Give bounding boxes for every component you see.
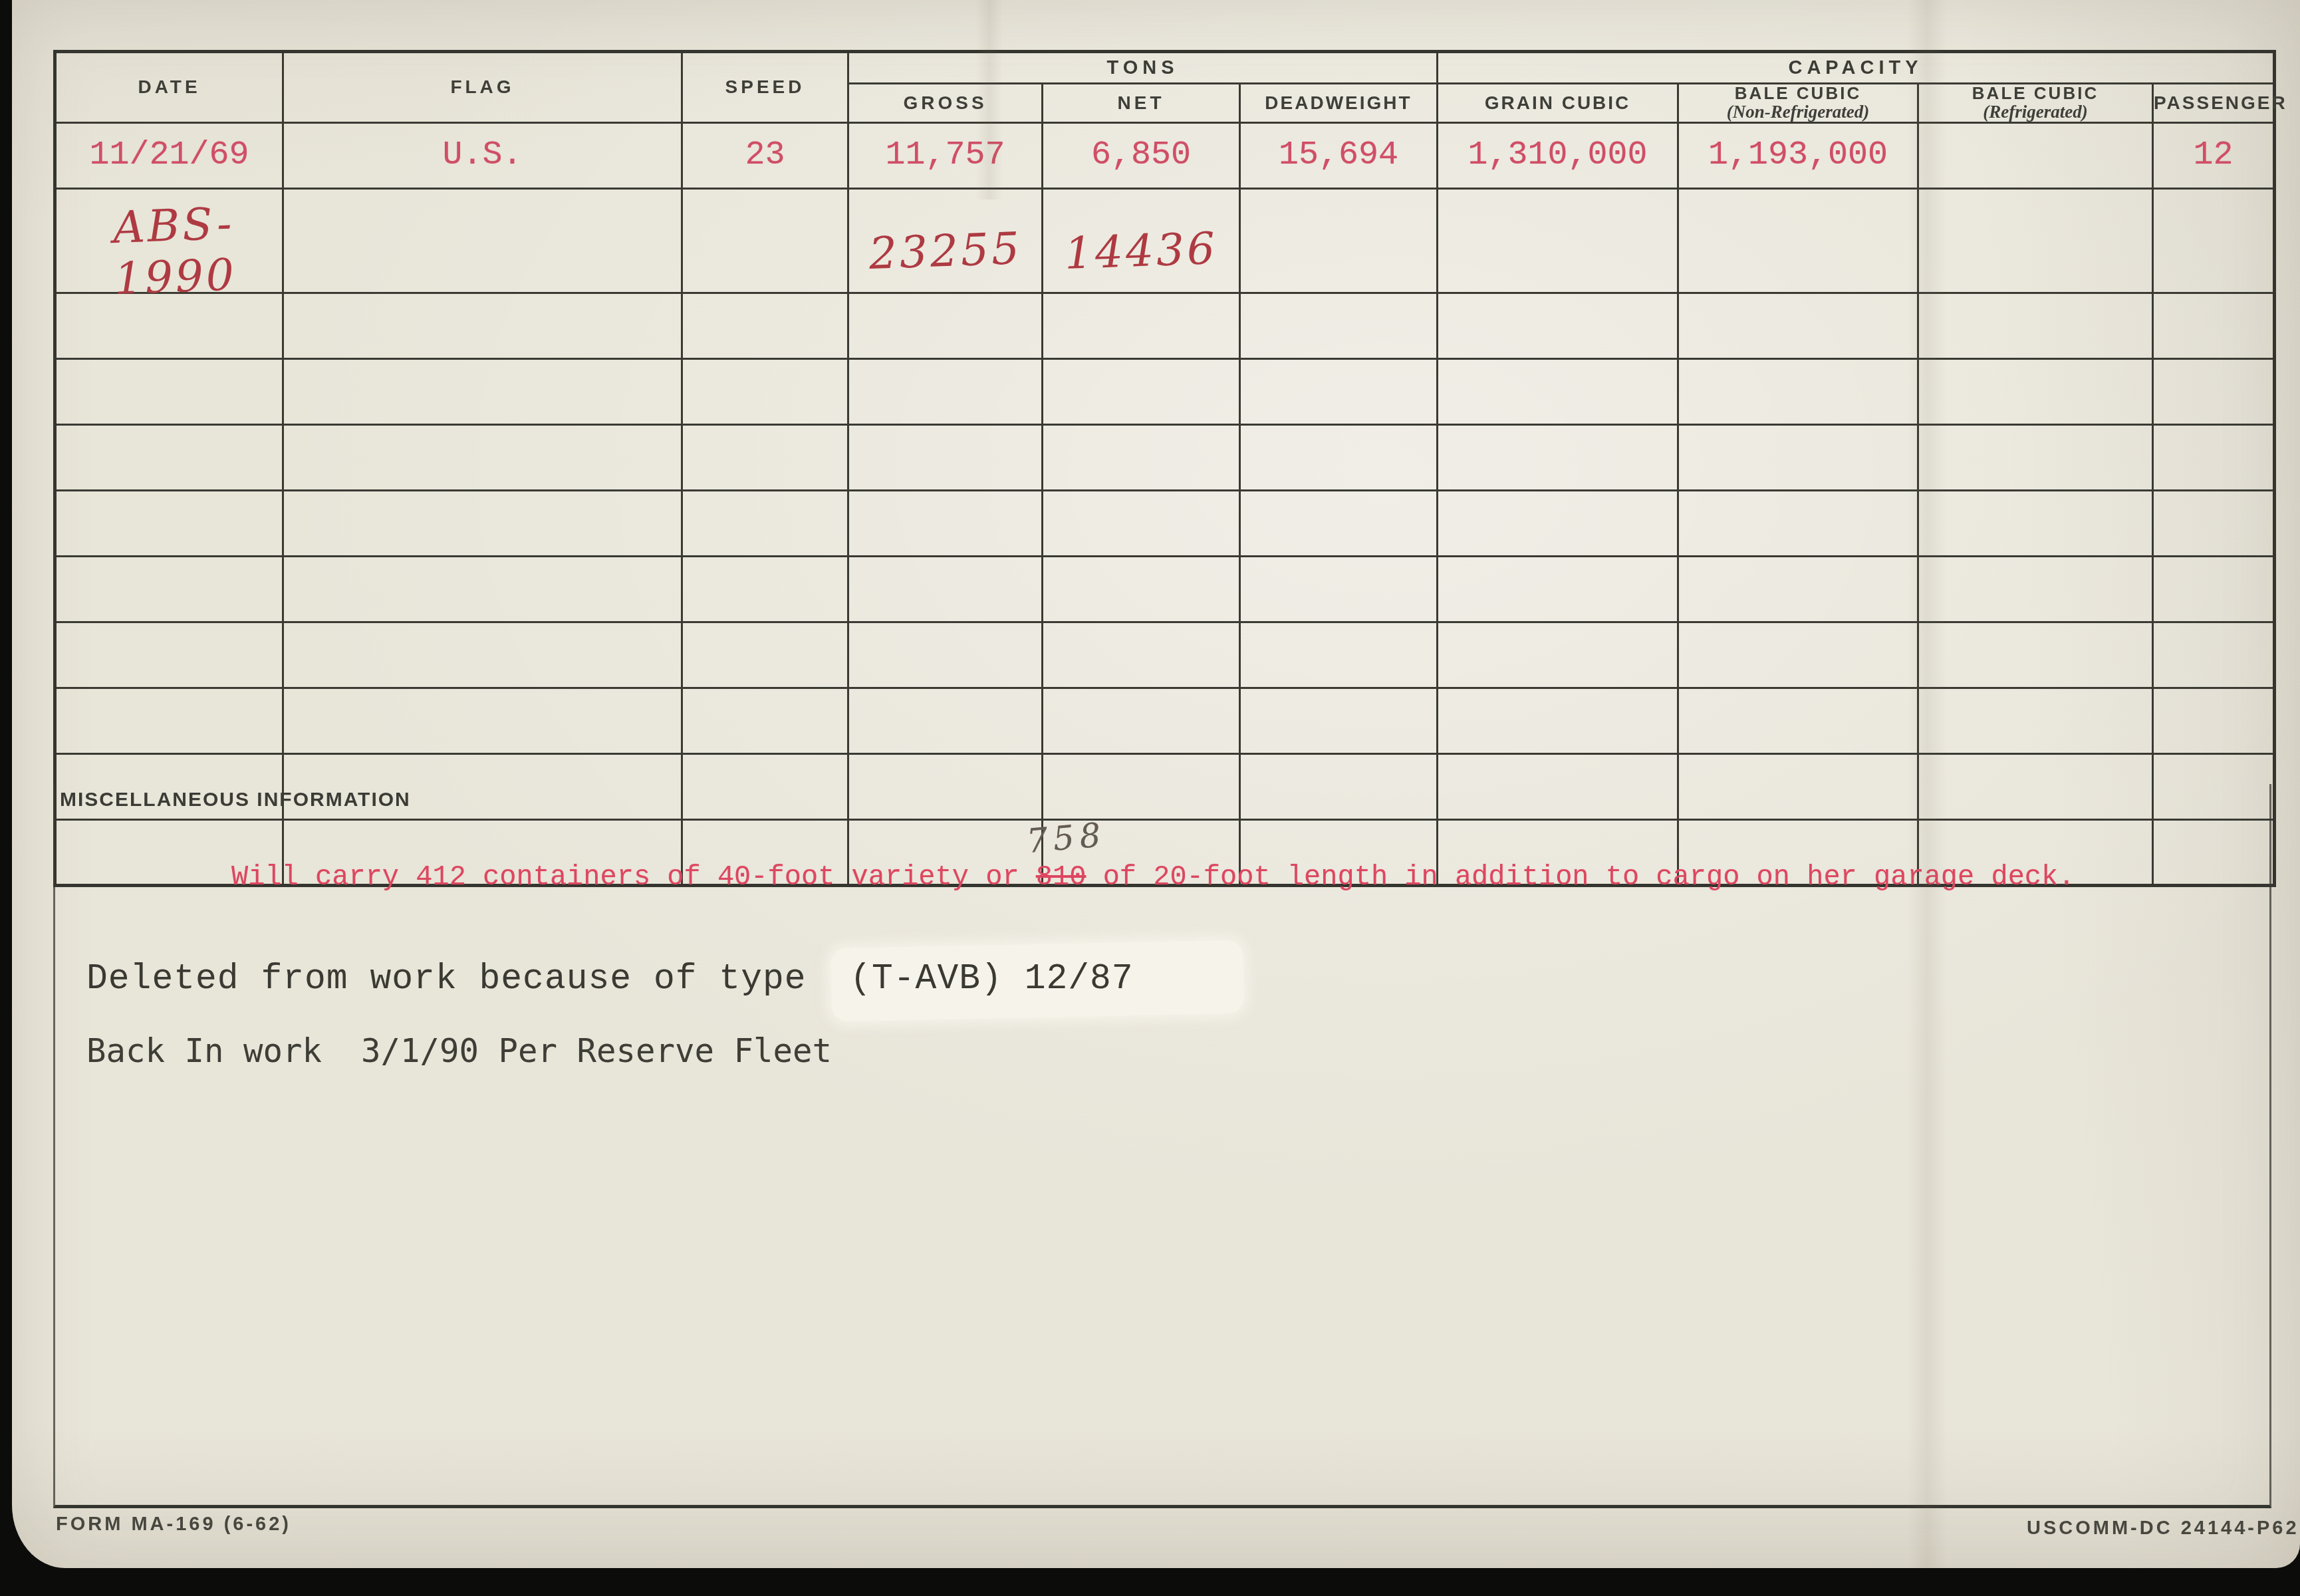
cell-empty — [682, 188, 848, 293]
cell-empty — [1678, 622, 1918, 688]
cell-date: 11/21/69 — [55, 122, 283, 188]
table-row-handwritten-entry: ABS-1990 23255 14436 — [55, 188, 2275, 293]
table-row-empty — [55, 622, 2275, 688]
cell-empty — [682, 688, 848, 753]
cell-empty — [2153, 358, 2275, 424]
cell-empty — [283, 188, 682, 293]
cell-empty — [55, 424, 283, 490]
cell-empty — [1678, 293, 1918, 358]
cell-empty — [283, 688, 682, 753]
cell-empty — [1043, 622, 1240, 688]
cell-empty — [283, 622, 682, 688]
cell-bale-cubic-ref — [1918, 122, 2153, 188]
deleted-note-text: Deleted from work because of type — [86, 959, 850, 999]
whiteout-area: (T-AVB) 12/87 — [850, 959, 1133, 999]
cell-passengers: 12 — [2153, 122, 2275, 188]
cell-empty — [55, 490, 283, 556]
cell-empty — [1240, 622, 1438, 688]
column-header-flag: FLAG — [283, 52, 682, 123]
cell-empty — [1043, 358, 1240, 424]
cell-empty — [1678, 490, 1918, 556]
cell-empty — [283, 556, 682, 622]
cell-empty — [682, 622, 848, 688]
cell-bale-cubic-nonref: 1,193,000 — [1678, 122, 1918, 188]
cell-gross-tons-handwritten: 23255 — [848, 188, 1043, 293]
cell-empty — [848, 556, 1043, 622]
cell-empty — [2153, 490, 2275, 556]
ship-record-table: DATE FLAG SPEED TONS CAPACITY GROSS NET … — [53, 50, 2276, 887]
cell-empty — [1918, 424, 2153, 490]
strikethrough-value: 810758 — [1036, 861, 1086, 893]
cell-empty — [1438, 188, 1678, 293]
cell-speed: 23 — [682, 122, 848, 188]
cell-empty — [1438, 424, 1678, 490]
deleted-from-work-note: Deleted from work because of type (T-AVB… — [86, 959, 1134, 999]
cell-empty — [1678, 358, 1918, 424]
cell-empty — [1240, 188, 1438, 293]
column-header-grain-cubic: GRAIN CUBIC — [1438, 84, 1678, 123]
header-group-row: DATE FLAG SPEED TONS CAPACITY — [55, 52, 2275, 84]
back-in-work-note: Back In work 3/1/90 Per Reserve Fleet — [86, 1032, 832, 1070]
cell-empty — [682, 358, 848, 424]
cell-empty — [1438, 688, 1678, 753]
cell-gross-tons: 11,757 — [848, 122, 1043, 188]
column-header-date: DATE — [55, 52, 283, 123]
column-header-bale-cubic-refrigerated: BALE CUBIC (Refrigerated) — [1918, 84, 2153, 123]
table-row-empty — [55, 556, 2275, 622]
cell-empty — [1918, 688, 2153, 753]
cell-empty — [1438, 622, 1678, 688]
print-code: USCOMM-DC 24144-P62 — [2027, 1518, 2299, 1539]
note-part1: Will carry 412 containers of 40-foot var… — [231, 861, 1036, 893]
cell-empty — [283, 424, 682, 490]
cell-abs-annotation: ABS-1990 — [55, 188, 283, 293]
cell-empty — [682, 490, 848, 556]
cell-empty — [1438, 293, 1678, 358]
column-header-gross: GROSS — [848, 84, 1043, 123]
cell-empty — [1918, 293, 2153, 358]
cell-empty — [848, 622, 1043, 688]
cell-empty — [1240, 293, 1438, 358]
cell-empty — [682, 424, 848, 490]
cell-empty — [55, 622, 283, 688]
cell-empty — [1918, 188, 2153, 293]
table-row-empty — [55, 490, 2275, 556]
cell-empty — [1043, 293, 1240, 358]
column-header-passenger: PASSENGER — [2153, 84, 2275, 123]
cell-empty — [2153, 188, 2275, 293]
group-header-capacity: CAPACITY — [1438, 52, 2275, 84]
type-code-text: (T-AVB) 12/87 — [850, 959, 1133, 999]
cell-grain-cubic: 1,310,000 — [1438, 122, 1678, 188]
column-header-deadweight: DEADWEIGHT — [1240, 84, 1438, 123]
cell-empty — [1918, 556, 2153, 622]
table-row-empty — [55, 358, 2275, 424]
table-row-survey-entry: 11/21/69 U.S. 23 11,757 6,850 15,694 1,3… — [55, 122, 2275, 188]
cell-empty — [1438, 358, 1678, 424]
cell-empty — [682, 556, 848, 622]
table-row-empty — [55, 293, 2275, 358]
cell-empty — [1678, 556, 1918, 622]
cell-empty — [848, 688, 1043, 753]
cell-empty — [1240, 556, 1438, 622]
column-header-bale-cubic-nonrefrigerated: BALE CUBIC (Non-Refrigerated) — [1678, 84, 1918, 123]
cell-empty — [2153, 293, 2275, 358]
cell-empty — [55, 358, 283, 424]
cell-empty — [2153, 556, 2275, 622]
cell-empty — [283, 358, 682, 424]
cell-empty — [2153, 622, 2275, 688]
cell-flag: U.S. — [283, 122, 682, 188]
container-capacity-note: Will carry 412 containers of 40-foot var… — [231, 861, 2075, 893]
cell-net-tons-handwritten: 14436 — [1043, 188, 1240, 293]
cell-empty — [1043, 688, 1240, 753]
cell-empty — [1438, 556, 1678, 622]
cell-empty — [848, 490, 1043, 556]
column-header-speed: SPEED — [682, 52, 848, 123]
group-header-tons: TONS — [848, 52, 1438, 84]
cell-empty — [1678, 424, 1918, 490]
cell-empty — [682, 293, 848, 358]
cell-empty — [848, 293, 1043, 358]
cell-empty — [55, 556, 283, 622]
cell-empty — [1678, 688, 1918, 753]
note-part2: of 20-foot length in addition to cargo o… — [1086, 861, 2075, 893]
cell-empty — [1678, 188, 1918, 293]
table-row-empty — [55, 424, 2275, 490]
cell-empty — [283, 293, 682, 358]
cell-empty — [848, 424, 1043, 490]
cell-empty — [1043, 490, 1240, 556]
cell-empty — [283, 490, 682, 556]
cell-empty — [55, 688, 283, 753]
cell-empty — [2153, 424, 2275, 490]
pencil-correction-value: 758 — [1025, 815, 1107, 861]
cell-empty — [1918, 358, 2153, 424]
cell-net-tons: 6,850 — [1043, 122, 1240, 188]
cell-empty — [1918, 622, 2153, 688]
miscellaneous-information-label: MISCELLANEOUS INFORMATION — [60, 789, 411, 811]
cell-empty — [1438, 490, 1678, 556]
scanned-form-paper: DATE FLAG SPEED TONS CAPACITY GROSS NET … — [12, 0, 2300, 1568]
cell-deadweight-tons: 15,694 — [1240, 122, 1438, 188]
cell-empty — [1043, 424, 1240, 490]
cell-empty — [2153, 688, 2275, 753]
cell-empty — [1918, 490, 2153, 556]
column-header-net: NET — [1043, 84, 1240, 123]
form-number: FORM MA-169 (6-62) — [56, 1514, 291, 1535]
table-row-empty — [55, 688, 2275, 753]
cell-empty — [1240, 424, 1438, 490]
cell-empty — [848, 358, 1043, 424]
cell-empty — [1240, 358, 1438, 424]
cell-empty — [1240, 688, 1438, 753]
cell-empty — [1043, 556, 1240, 622]
cell-empty — [1240, 490, 1438, 556]
